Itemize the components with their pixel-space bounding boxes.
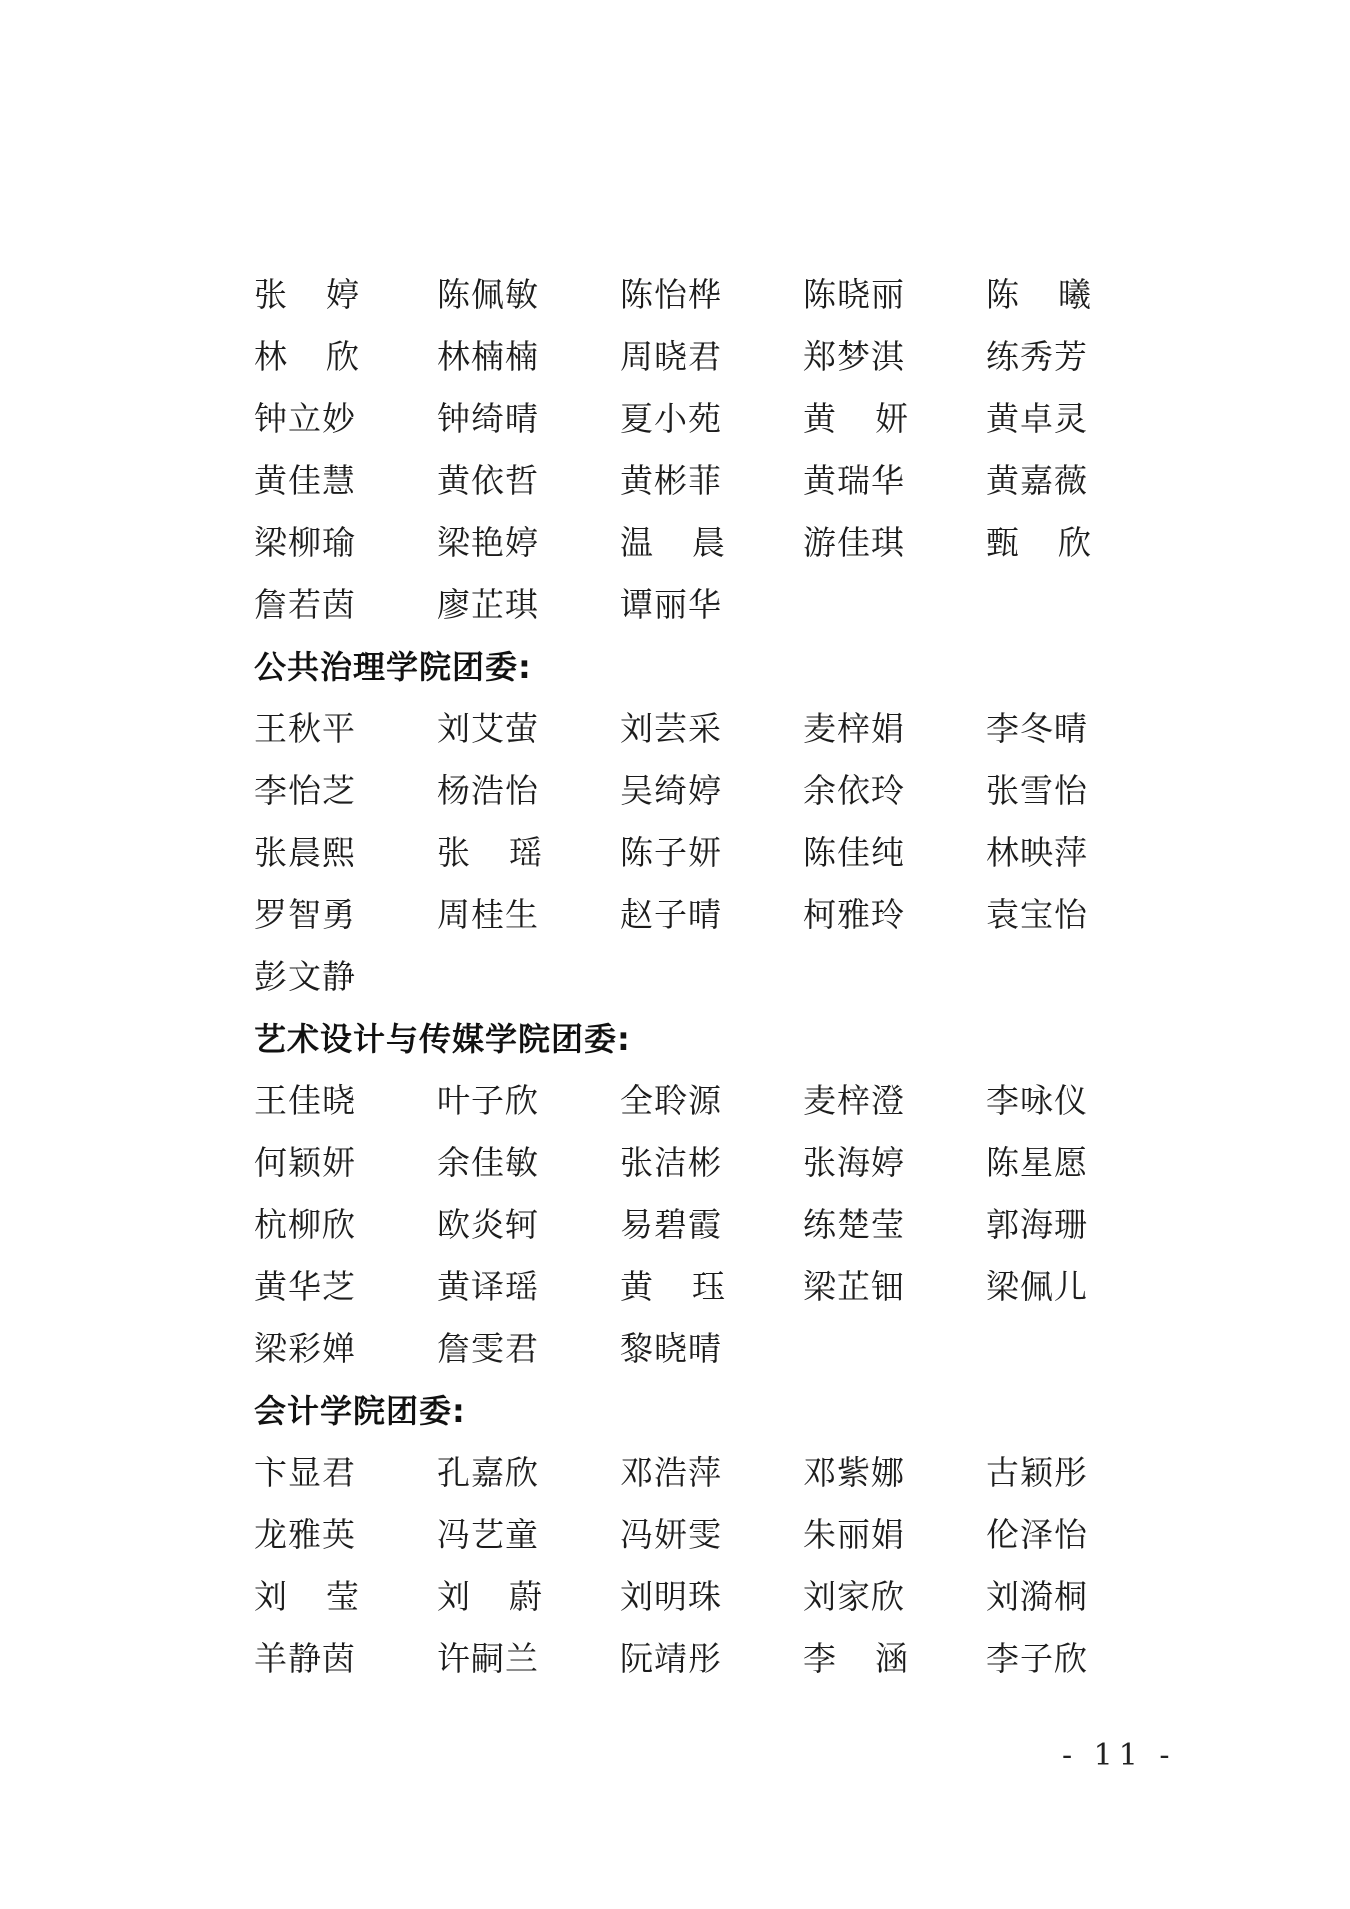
name-entry: 廖芷琪 (437, 574, 620, 636)
name-entry: 全聆源 (620, 1070, 803, 1132)
name-entry: 叶子欣 (437, 1070, 620, 1132)
name-entry: 梁佩儿 (986, 1256, 1169, 1318)
name-entry: 黄卓灵 (986, 388, 1169, 450)
names-grid: 卞显君孔嘉欣邓浩萍邓紫娜古颖彤龙雅英冯艺童冯妍雯朱丽娟伦泽怡刘莹刘蔚刘明珠刘家欣… (254, 1442, 1114, 1690)
name-entry: 周晓君 (620, 326, 803, 388)
name-entry: 刘家欣 (803, 1566, 986, 1628)
name-entry: 王秋平 (254, 698, 437, 760)
name-list-content: 张婷陈佩敏陈怡桦陈晓丽陈曦林欣林楠楠周晓君郑梦淇练秀芳钟立妙钟绮晴夏小苑黄妍黄卓… (254, 264, 1114, 1690)
document-page: 张婷陈佩敏陈怡桦陈晓丽陈曦林欣林楠楠周晓君郑梦淇练秀芳钟立妙钟绮晴夏小苑黄妍黄卓… (0, 0, 1350, 1909)
name-entry: 练楚莹 (803, 1194, 986, 1256)
name-char: 曦 (1058, 264, 1092, 326)
name-entry: 黄嘉薇 (986, 450, 1169, 512)
name-entry: 冯妍雯 (620, 1504, 803, 1566)
name-entry: 梁艳婷 (437, 512, 620, 574)
name-entry: 袁宝怡 (986, 884, 1169, 946)
name-char: 张 (254, 264, 288, 326)
names-grid: 王秋平刘艾萤刘芸采麦梓娟李冬晴李怡芝杨浩怡吴绮婷余依玲张雪怡张晨熙张瑶陈子妍陈佳… (254, 698, 1114, 1008)
name-entry: 刘芸采 (620, 698, 803, 760)
name-entry: 柯雅玲 (803, 884, 986, 946)
name-entry: 李子欣 (986, 1628, 1169, 1690)
name-char: 晨 (692, 512, 726, 574)
name-entry: 邓紫娜 (803, 1442, 986, 1504)
name-entry: 许嗣兰 (437, 1628, 620, 1690)
name-entry: 张洁彬 (620, 1132, 803, 1194)
name-entry: 冯艺童 (437, 1504, 620, 1566)
name-entry: 刘莹 (254, 1566, 360, 1628)
name-entry: 邓浩萍 (620, 1442, 803, 1504)
name-entry: 张瑶 (437, 822, 543, 884)
name-entry: 夏小苑 (620, 388, 803, 450)
name-char: 婷 (326, 264, 360, 326)
name-entry: 林楠楠 (437, 326, 620, 388)
name-entry: 陈星愿 (986, 1132, 1169, 1194)
name-entry: 李涵 (803, 1628, 909, 1690)
name-entry: 张海婷 (803, 1132, 986, 1194)
name-entry: 赵子晴 (620, 884, 803, 946)
section-title: 艺术设计与传媒学院团委: (254, 1008, 1114, 1070)
name-entry: 欧炎轲 (437, 1194, 620, 1256)
name-entry: 张雪怡 (986, 760, 1169, 822)
name-entry: 朱丽娟 (803, 1504, 986, 1566)
name-entry: 罗智勇 (254, 884, 437, 946)
name-entry: 梁柳瑜 (254, 512, 437, 574)
name-entry: 杨浩怡 (437, 760, 620, 822)
name-entry: 黄译瑶 (437, 1256, 620, 1318)
name-entry: 黎晓晴 (620, 1318, 803, 1380)
name-entry: 黄佳慧 (254, 450, 437, 512)
section-3: 会计学院团委:卞显君孔嘉欣邓浩萍邓紫娜古颖彤龙雅英冯艺童冯妍雯朱丽娟伦泽怡刘莹刘… (254, 1380, 1114, 1690)
name-entry: 阮靖彤 (620, 1628, 803, 1690)
name-char: 珏 (692, 1256, 726, 1318)
names-grid: 王佳晓叶子欣全聆源麦梓澄李咏仪何颖妍余佳敏张洁彬张海婷陈星愿杭柳欣欧炎轲易碧霞练… (254, 1070, 1114, 1380)
name-entry: 刘漪桐 (986, 1566, 1169, 1628)
name-entry: 郑梦淇 (803, 326, 986, 388)
name-entry: 詹若茵 (254, 574, 437, 636)
name-entry: 王佳晓 (254, 1070, 437, 1132)
name-entry: 孔嘉欣 (437, 1442, 620, 1504)
name-char: 温 (620, 512, 654, 574)
name-entry: 陈晓丽 (803, 264, 986, 326)
name-entry: 卞显君 (254, 1442, 437, 1504)
name-entry: 吴绮婷 (620, 760, 803, 822)
name-entry: 梁芷钿 (803, 1256, 986, 1318)
name-entry: 何颖妍 (254, 1132, 437, 1194)
name-char: 蔚 (509, 1566, 543, 1628)
name-char: 莹 (326, 1566, 360, 1628)
name-entry: 羊静茵 (254, 1628, 437, 1690)
name-entry: 刘艾萤 (437, 698, 620, 760)
name-entry: 甄欣 (986, 512, 1092, 574)
name-entry: 黄珏 (620, 1256, 726, 1318)
name-entry: 陈佩敏 (437, 264, 620, 326)
name-entry: 黄妍 (803, 388, 909, 450)
name-entry: 余佳敏 (437, 1132, 620, 1194)
name-char: 欣 (1058, 512, 1092, 574)
name-entry: 李怡芝 (254, 760, 437, 822)
name-entry: 陈子妍 (620, 822, 803, 884)
name-entry: 麦梓澄 (803, 1070, 986, 1132)
name-char: 刘 (254, 1566, 288, 1628)
name-entry: 麦梓娟 (803, 698, 986, 760)
name-entry: 陈怡桦 (620, 264, 803, 326)
section-1: 公共治理学院团委:王秋平刘艾萤刘芸采麦梓娟李冬晴李怡芝杨浩怡吴绮婷余依玲张雪怡张… (254, 636, 1114, 1008)
name-entry: 刘明珠 (620, 1566, 803, 1628)
name-entry: 伦泽怡 (986, 1504, 1169, 1566)
name-entry: 刘蔚 (437, 1566, 543, 1628)
name-entry: 古颖彤 (986, 1442, 1169, 1504)
name-char: 甄 (986, 512, 1020, 574)
name-entry: 彭文静 (254, 946, 437, 1008)
page-number: - 11 - (1062, 1738, 1176, 1773)
name-entry: 周桂生 (437, 884, 620, 946)
name-char: 林 (254, 326, 288, 388)
name-entry: 张晨熙 (254, 822, 437, 884)
name-entry: 林映萍 (986, 822, 1169, 884)
section-2: 艺术设计与传媒学院团委:王佳晓叶子欣全聆源麦梓澄李咏仪何颖妍余佳敏张洁彬张海婷陈… (254, 1008, 1114, 1380)
name-char: 刘 (437, 1566, 471, 1628)
name-entry: 易碧霞 (620, 1194, 803, 1256)
name-entry: 练秀芳 (986, 326, 1169, 388)
name-entry: 陈佳纯 (803, 822, 986, 884)
name-entry: 杭柳欣 (254, 1194, 437, 1256)
name-char: 黄 (620, 1256, 654, 1318)
name-entry: 龙雅英 (254, 1504, 437, 1566)
name-entry: 黄彬菲 (620, 450, 803, 512)
name-entry: 郭海珊 (986, 1194, 1169, 1256)
name-char: 欣 (326, 326, 360, 388)
name-entry: 黄华芝 (254, 1256, 437, 1318)
name-entry: 詹雯君 (437, 1318, 620, 1380)
name-entry: 钟绮晴 (437, 388, 620, 450)
name-char: 黄 (803, 388, 837, 450)
name-entry: 游佳琪 (803, 512, 986, 574)
name-char: 瑶 (509, 822, 543, 884)
name-entry: 陈曦 (986, 264, 1092, 326)
name-char: 李 (803, 1628, 837, 1690)
name-entry: 李咏仪 (986, 1070, 1169, 1132)
name-entry: 李冬晴 (986, 698, 1169, 760)
name-char: 张 (437, 822, 471, 884)
name-entry: 谭丽华 (620, 574, 803, 636)
name-entry: 余依玲 (803, 760, 986, 822)
section-title: 公共治理学院团委: (254, 636, 1114, 698)
name-char: 涵 (875, 1628, 909, 1690)
section-0: 张婷陈佩敏陈怡桦陈晓丽陈曦林欣林楠楠周晓君郑梦淇练秀芳钟立妙钟绮晴夏小苑黄妍黄卓… (254, 264, 1114, 636)
names-grid: 张婷陈佩敏陈怡桦陈晓丽陈曦林欣林楠楠周晓君郑梦淇练秀芳钟立妙钟绮晴夏小苑黄妍黄卓… (254, 264, 1114, 636)
name-char: 陈 (986, 264, 1020, 326)
name-entry: 张婷 (254, 264, 360, 326)
name-entry: 梁彩婵 (254, 1318, 437, 1380)
name-char: 妍 (875, 388, 909, 450)
name-entry: 林欣 (254, 326, 360, 388)
section-title: 会计学院团委: (254, 1380, 1114, 1442)
name-entry: 温晨 (620, 512, 726, 574)
name-entry: 黄瑞华 (803, 450, 986, 512)
name-entry: 黄依哲 (437, 450, 620, 512)
name-entry: 钟立妙 (254, 388, 437, 450)
